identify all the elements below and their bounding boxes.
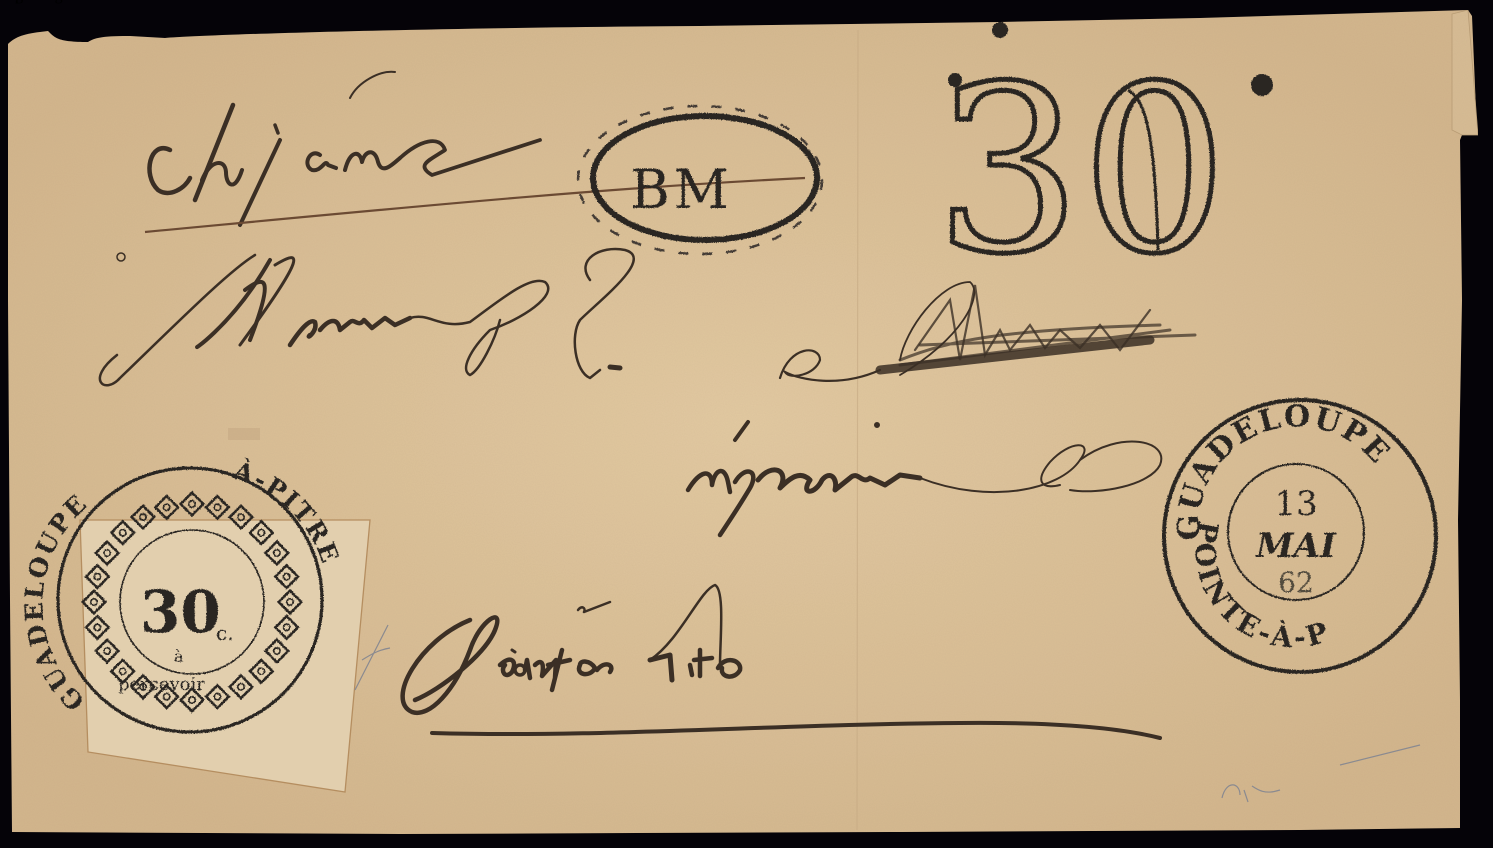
pencil-note-calves: Calves (0, 0, 44, 4)
stamp-value: 30 (140, 578, 221, 646)
stamp-label-percevoir: percevoir (118, 674, 205, 695)
stamp-unit: c. (216, 621, 234, 645)
postmark-year: 62 (1278, 566, 1314, 599)
tax-marking-30: 30 (935, 22, 1273, 305)
tax-marking-text: 30 (935, 38, 1228, 305)
postmark-day: 13 (1274, 484, 1317, 524)
bm-handstamp-text: BM (630, 158, 733, 221)
postmark-month: MAI (1255, 526, 1337, 566)
faint-mark (228, 428, 260, 440)
stamp-label-a: à (174, 647, 184, 666)
postal-cover-scene: GUADELOUPE À-PITRE 30 c. à percevoir Chi… (0, 0, 1493, 848)
